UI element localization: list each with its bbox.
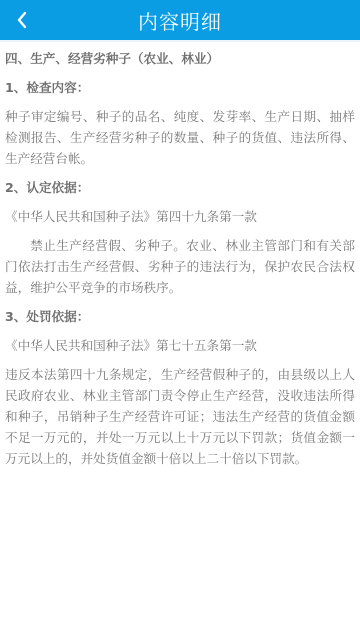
penalty-citation: 《中华人民共和国种子法》第七十五条第一款	[5, 335, 355, 356]
section-title: 四、生产、经营劣种子（农业、林业）	[5, 48, 355, 69]
page-title: 内容明细	[138, 6, 222, 35]
chevron-left-icon	[16, 11, 28, 29]
basis-heading: 2、认定依据：	[5, 177, 355, 198]
penalty-text: 违反本法第四十九条规定，生产经营假种子的，由县级以上人民政府农业、林业主管部门责…	[5, 364, 355, 469]
app-header: 内容明细	[0, 0, 360, 40]
content-body: 四、生产、经营劣种子（农业、林业） 1、检查内容： 种子审定编号、种子的品名、纯…	[5, 48, 355, 477]
inspection-heading: 1、检查内容：	[5, 77, 355, 98]
header-divider	[0, 40, 360, 42]
inspection-text: 种子审定编号、种子的品名、纯度、发芽率、生产日期、抽样检测报告、生产经营劣种子的…	[5, 106, 355, 169]
basis-citation: 《中华人民共和国种子法》第四十九条第一款	[5, 206, 355, 227]
penalty-heading: 3、处罚依据：	[5, 306, 355, 327]
back-button[interactable]	[10, 8, 34, 32]
basis-text: 禁止生产经营假、劣种子。农业、林业主管部门和有关部门依法打击生产经营假、劣种子的…	[5, 235, 355, 298]
